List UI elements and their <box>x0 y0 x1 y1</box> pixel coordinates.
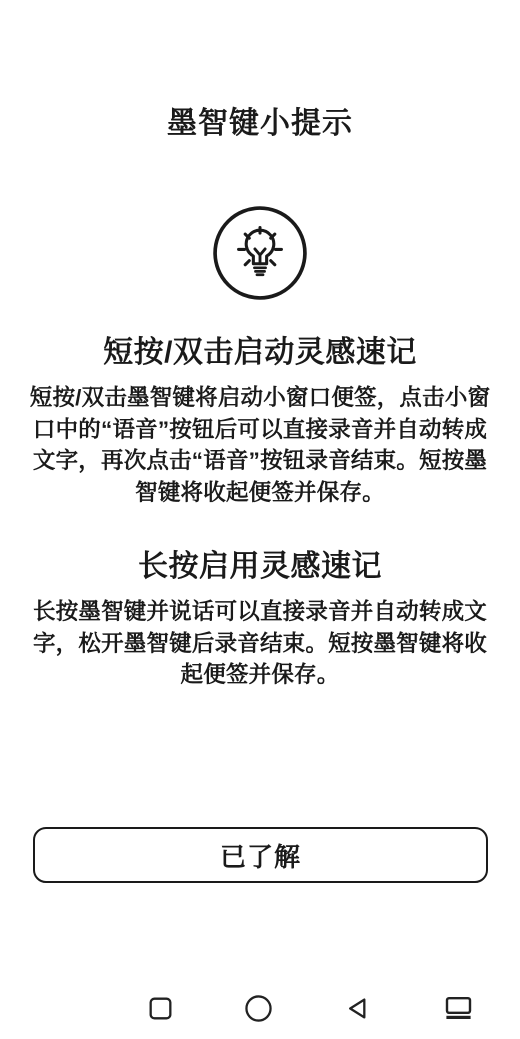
lightbulb-icon <box>211 204 309 302</box>
back-button[interactable] <box>346 997 368 1020</box>
recents-square-icon <box>149 1008 172 1023</box>
section-body-short-press: 短按/双击墨智键将启动小窗口便签，点击小窗口中的“语音”按钮后可以直接录音并自动… <box>23 382 497 508</box>
section-heading-long-press: 长按启用灵感速记 <box>0 547 520 587</box>
home-circle-icon <box>245 1010 272 1025</box>
tips-screen: 墨智键小提示 短按/双击启动灵感速记 短按/双击墨智键将启动小窗口便签，点击小窗… <box>0 0 520 1039</box>
hide-keyboard-icon <box>445 1008 472 1023</box>
system-nav-bar <box>0 985 520 1039</box>
confirm-button[interactable]: 已了解 <box>33 827 488 883</box>
recents-button[interactable] <box>149 997 172 1020</box>
home-button[interactable] <box>245 995 272 1022</box>
section-body-long-press: 长按墨智键并说话可以直接录音并自动转成文字，松开墨智键后录音结束。短按墨智键将收… <box>23 596 497 691</box>
hide-keyboard-button[interactable] <box>445 996 472 1020</box>
back-triangle-icon <box>346 1008 368 1023</box>
section-heading-short-press: 短按/双击启动灵感速记 <box>0 333 520 373</box>
page-title: 墨智键小提示 <box>0 105 520 143</box>
